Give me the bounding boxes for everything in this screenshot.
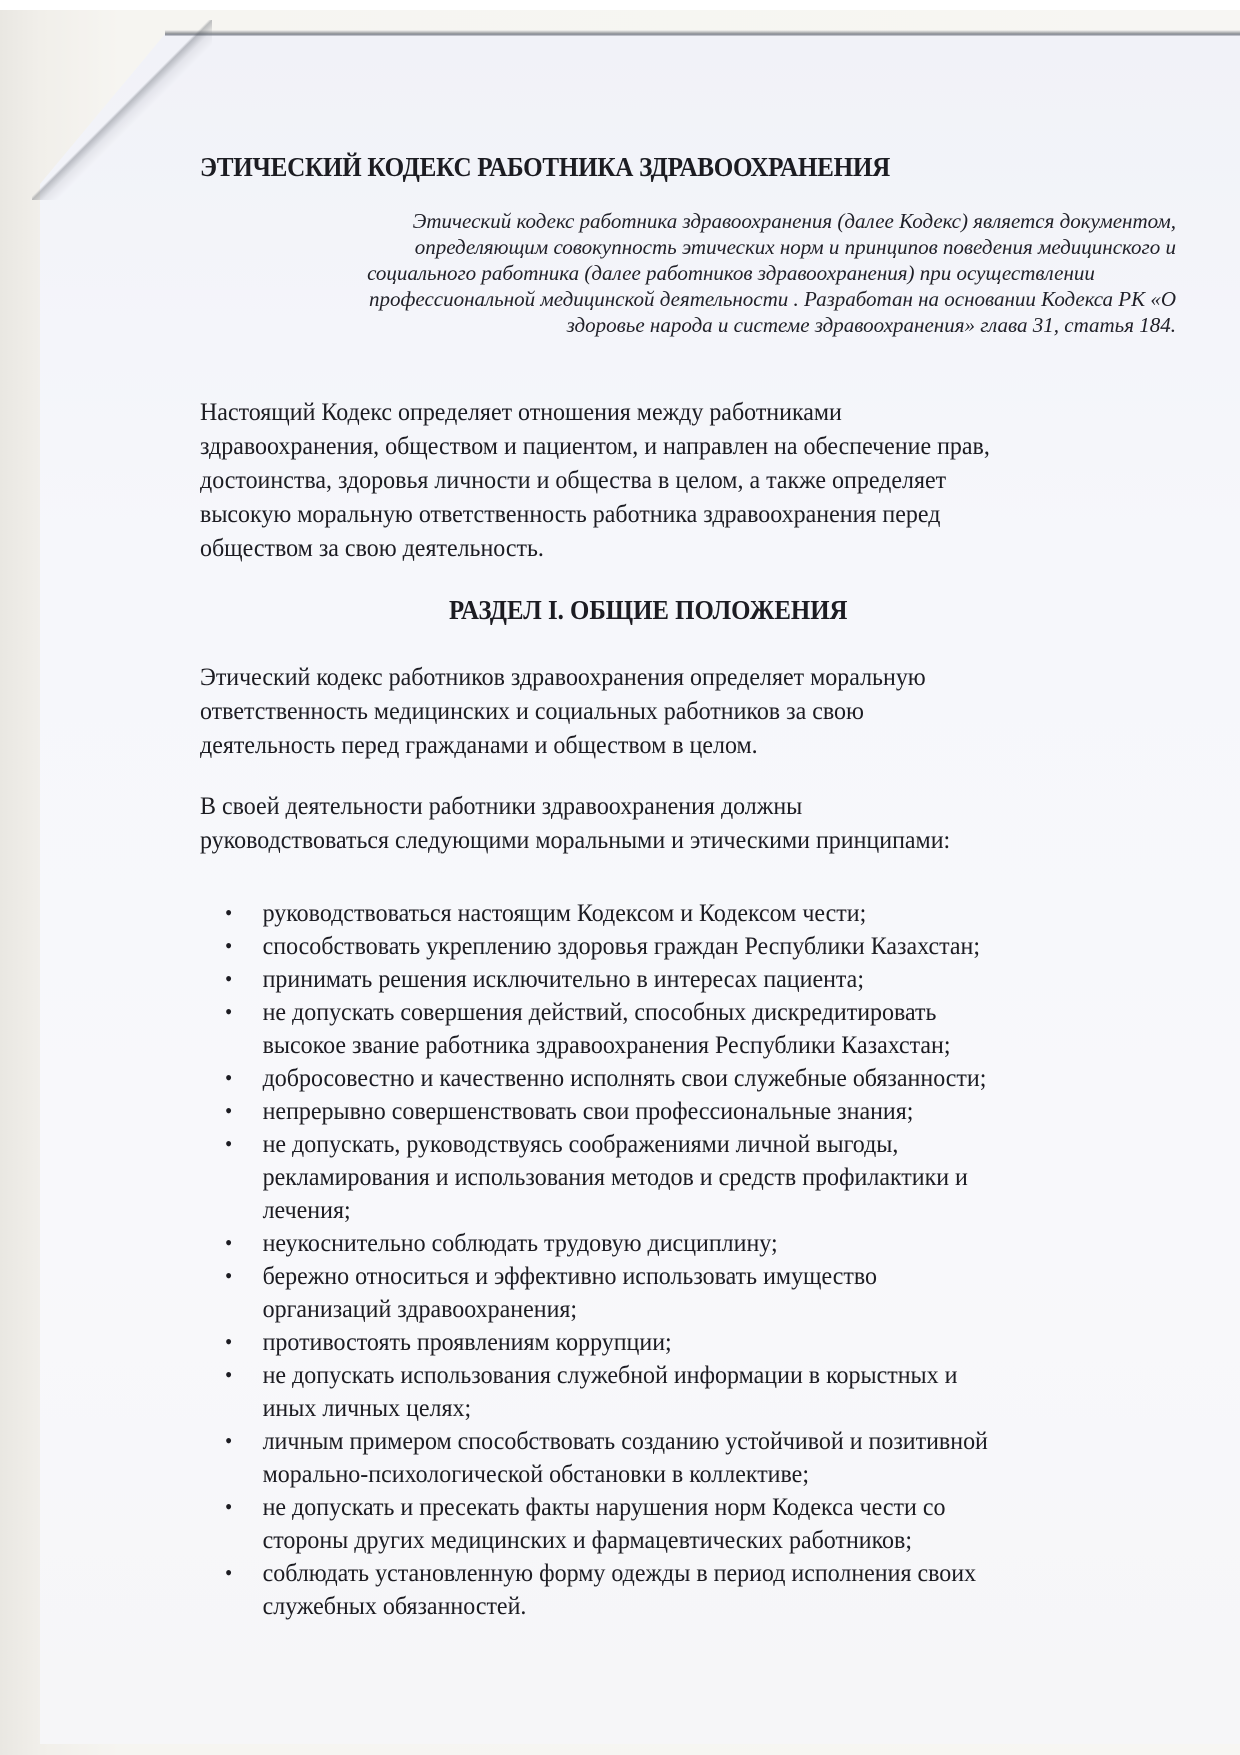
list-item-line: стороны других медицинских и фармацевтич… [263,1523,1128,1556]
list-item: • руководствоваться настоящим Кодексом и… [225,896,1127,929]
paragraph-line: обществом за свою деятельность. [200,531,1102,565]
document-page: ЭТИЧЕСКИЙ КОДЕКС РАБОТНИКА ЗДРАВООХРАНЕН… [0,0,1240,1755]
list-item-line: неукоснительно соблюдать трудовую дисцип… [263,1226,1128,1259]
preamble-line: социального работника (далее работников … [196,260,1176,286]
list-item-line: личным примером способствовать созданию … [263,1424,1128,1457]
list-item-line: способствовать укреплению здоровья гражд… [263,929,1128,962]
document-preamble: Этический кодекс работника здравоохранен… [196,208,1176,338]
paragraph-line: высокую моральную ответственность работн… [200,497,1102,531]
bullet-icon: • [225,1556,253,1589]
bullet-icon: • [225,1358,253,1391]
paragraph-line: ответственность медицинских и социальных… [200,694,1102,728]
paragraph-line: здравоохранения, обществом и пациентом, … [200,429,1102,463]
paragraph-line: достоинства, здоровья личности и обществ… [200,463,1102,497]
list-item-line: не допускать использования служебной инф… [263,1358,1128,1391]
principles-list: • руководствоваться настоящим Кодексом и… [225,896,1127,1622]
list-item-line: не допускать совершения действий, способ… [263,995,1128,1028]
list-item-line: не допускать и пресекать факты нарушения… [263,1490,1128,1523]
bullet-icon: • [225,1259,253,1292]
intro-paragraph: Настоящий Кодекс определяет отношения ме… [200,395,1102,565]
list-item-line: иных личных целях; [263,1391,1128,1424]
paragraph-line: В своей деятельности работники здравоохр… [200,789,1102,823]
bullet-icon: • [225,1094,253,1127]
bullet-icon: • [225,929,253,962]
section-paragraph-1: Этический кодекс работников здравоохране… [200,660,1102,762]
bullet-icon: • [225,1424,253,1457]
bullet-icon: • [225,1490,253,1523]
list-item-line: добросовестно и качественно исполнять св… [263,1061,1128,1094]
preamble-line: профессиональной медицинской деятельност… [196,286,1176,312]
list-item: • личным примером способствовать создани… [225,1424,1127,1490]
list-item: • соблюдать установленную форму одежды в… [225,1556,1127,1622]
preamble-line: здоровье народа и системе здравоохранени… [196,312,1176,338]
list-item-line: высокое звание работника здравоохранения… [263,1028,1128,1061]
list-item-line: бережно относиться и эффективно использо… [263,1259,1128,1292]
list-item: • способствовать укреплению здоровья гра… [225,929,1127,962]
paragraph-line: деятельность перед гражданами и общество… [200,728,1102,762]
paragraph-line: руководствоваться следующими моральными … [200,823,1102,857]
list-item: • противостоять проявлениям коррупции; [225,1325,1127,1358]
list-item: • бережно относиться и эффективно исполь… [225,1259,1127,1325]
bullet-icon: • [225,1127,253,1160]
bullet-icon: • [225,1061,253,1094]
list-item-line: соблюдать установленную форму одежды в п… [263,1556,1128,1589]
section-heading: РАЗДЕЛ I. ОБЩИЕ ПОЛОЖЕНИЯ [449,595,848,626]
list-item: • непрерывно совершенствовать свои профе… [225,1094,1127,1127]
paragraph-line: Этический кодекс работников здравоохране… [200,660,1102,694]
list-item-line: противостоять проявлениям коррупции; [263,1325,1128,1358]
list-item: • принимать решения исключительно в инте… [225,962,1127,995]
preamble-line: Этический кодекс работника здравоохранен… [196,208,1176,234]
bullet-icon: • [225,896,253,929]
bullet-icon: • [225,962,253,995]
list-item-line: не допускать, руководствуясь соображения… [263,1127,1128,1160]
list-item: • не допускать, руководствуясь соображен… [225,1127,1127,1226]
list-item-line: принимать решения исключительно в интере… [263,962,1128,995]
list-item: • не допускать и пресекать факты нарушен… [225,1490,1127,1556]
list-item: • не допускать использования служебной и… [225,1358,1127,1424]
list-item-line: руководствоваться настоящим Кодексом и К… [263,896,1128,929]
paragraph-line: Настоящий Кодекс определяет отношения ме… [200,395,1102,429]
list-item-line: лечения; [263,1193,1128,1226]
list-item: • не допускать совершения действий, спос… [225,995,1127,1061]
list-item-line: служебных обязанностей. [263,1589,1128,1622]
bullet-icon: • [225,1325,253,1358]
list-item: • неукоснительно соблюдать трудовую дисц… [225,1226,1127,1259]
bullet-icon: • [225,995,253,1028]
list-item: • добросовестно и качественно исполнять … [225,1061,1127,1094]
list-item-line: морально-психологической обстановки в ко… [263,1457,1128,1490]
document-title: ЭТИЧЕСКИЙ КОДЕКС РАБОТНИКА ЗДРАВООХРАНЕН… [200,152,1037,183]
list-item-line: непрерывно совершенствовать свои професс… [263,1094,1128,1127]
list-item-line: рекламирования и использования методов и… [263,1160,1128,1193]
list-item-line: организаций здравоохранения; [263,1292,1128,1325]
preamble-line: определяющим совокупность этических норм… [196,234,1176,260]
bullet-icon: • [225,1226,253,1259]
section-paragraph-2: В своей деятельности работники здравоохр… [200,789,1102,857]
